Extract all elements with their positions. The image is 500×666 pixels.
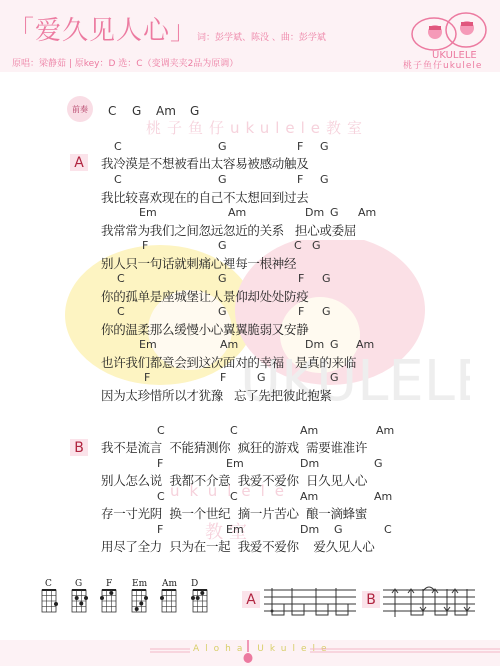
footer-right-lines-icon <box>310 648 500 654</box>
prelude-chord: C <box>108 104 116 118</box>
lyric-line: 我不是流言 不能猜测你 疯狂的游戏 需要谁准许 <box>101 438 367 456</box>
chord: G <box>322 272 331 285</box>
chord: Am <box>376 424 394 437</box>
song-credits: 词：彭学斌、陈没 、曲：彭学斌 <box>197 30 326 43</box>
chord: Am <box>356 338 374 351</box>
chord-diagram-em <box>132 590 148 612</box>
lyric-line: 别人只一句话就刺痛心裡每一根神经 <box>101 254 296 272</box>
lyric-line: 我冷漠是不想被看出太容易被感动触及 <box>101 154 308 172</box>
chord: Am <box>300 424 318 437</box>
prelude-chord: G <box>132 104 141 118</box>
chord: F <box>220 371 226 384</box>
chord: G <box>218 239 227 252</box>
watermark-top: 桃子鱼仔ukulele教室 <box>146 117 368 138</box>
svg-text:Am: Am <box>161 579 177 589</box>
lyric-line: 你的孤单是座城堡让人景仰却处处防疫 <box>101 287 308 305</box>
chord: Em <box>139 206 157 219</box>
chord: G <box>218 272 227 285</box>
chord: C <box>294 239 302 252</box>
strum-pattern-a <box>264 585 356 619</box>
chord: C <box>117 305 125 318</box>
chord: C <box>114 173 122 186</box>
chord: G <box>322 305 331 318</box>
chord: C <box>157 490 165 503</box>
chord: F <box>298 305 304 318</box>
strum-a-label: A <box>242 591 260 608</box>
chord: F <box>157 523 163 536</box>
chord: F <box>144 371 150 384</box>
chord: F <box>142 239 148 252</box>
chord: G <box>257 371 266 384</box>
chord: Em <box>226 457 244 470</box>
chord: Am <box>374 490 392 503</box>
chord: G <box>330 338 339 351</box>
chord: Dm <box>300 523 319 536</box>
chord: Am <box>228 206 246 219</box>
chord: C <box>230 490 238 503</box>
chord: Dm <box>305 206 324 219</box>
lyric-line: 我常常为我们之间忽远忽近的关系 担心或委屈 <box>101 221 356 239</box>
chord-diagram-f <box>100 590 116 612</box>
chord: G <box>334 523 343 536</box>
chord: F <box>297 173 303 186</box>
chord: G <box>218 140 227 153</box>
strum-pattern-b <box>383 585 475 619</box>
chord: G <box>312 239 321 252</box>
chord: C <box>117 272 125 285</box>
chord: G <box>330 371 339 384</box>
song-title: 「爱久见人心」 <box>8 10 197 47</box>
lyric-line: 别人怎么说 我都不介意 我爱不爱你 日久见人心 <box>101 471 367 489</box>
section-a-marker: A <box>70 154 88 171</box>
svg-text:F: F <box>106 579 112 589</box>
footer-left-lines-icon <box>150 648 190 654</box>
prelude-chord: G <box>190 104 199 118</box>
chord: Dm <box>305 338 324 351</box>
chord: F <box>297 140 303 153</box>
ukulele-icon <box>243 640 253 664</box>
chord-diagram-g <box>72 590 88 612</box>
strum-b-label: B <box>362 591 380 608</box>
chord: F <box>157 457 163 470</box>
chord: G <box>320 140 329 153</box>
chord: G <box>218 173 227 186</box>
chord: Am <box>358 206 376 219</box>
chord: F <box>298 272 304 285</box>
section-b-marker: B <box>70 439 88 456</box>
lyric-line: 因为太珍惜所以才犹豫 忘了先把彼此抱紧 <box>101 386 332 404</box>
prelude-badge: 前奏 <box>67 96 93 122</box>
chord: G <box>374 457 383 470</box>
chord: G <box>320 173 329 186</box>
chord: Am <box>300 490 318 503</box>
logo-icon: UKULELE <box>408 6 490 64</box>
svg-text:C: C <box>45 579 52 589</box>
chord: C <box>157 424 165 437</box>
chord-diagrams: C G F Em Am Dm <box>38 578 198 628</box>
chord: Em <box>226 523 244 536</box>
lyric-line: 也许我们都意会到这次面对的幸福 是真的来临 <box>101 353 356 371</box>
prelude-chord: Am <box>156 104 176 118</box>
chord: Am <box>220 338 238 351</box>
svg-text:Em: Em <box>132 579 148 589</box>
chord-diagram-am <box>160 590 176 612</box>
lyric-line: 我比较喜欢现在的自己不太想回到过去 <box>101 188 308 206</box>
song-meta: 原唱：梁静茹 | 原key：D 选：C（变调夹夹2品为原调） <box>12 56 238 69</box>
chord-diagram-dm <box>191 578 211 618</box>
chord: Em <box>139 338 157 351</box>
chord: C <box>114 140 122 153</box>
chord: G <box>330 206 339 219</box>
svg-text:G: G <box>75 579 82 589</box>
lyric-line: 存一寸光阴 换一个世纪 摘一片苦心 酿一滴蜂蜜 <box>101 504 367 522</box>
chord: C <box>384 523 392 536</box>
chord: Dm <box>300 457 319 470</box>
chord: G <box>218 305 227 318</box>
chord: C <box>230 424 238 437</box>
lyric-line: 你的温柔那么缓慢小心翼翼脆弱又安静 <box>101 320 308 338</box>
chord-diagram-c <box>42 590 58 612</box>
logo-caption: 桃子鱼仔ukulele <box>403 58 482 71</box>
lyric-line: 用尽了全力 只为在一起 我爱不爱你 爱久见人心 <box>101 537 374 555</box>
